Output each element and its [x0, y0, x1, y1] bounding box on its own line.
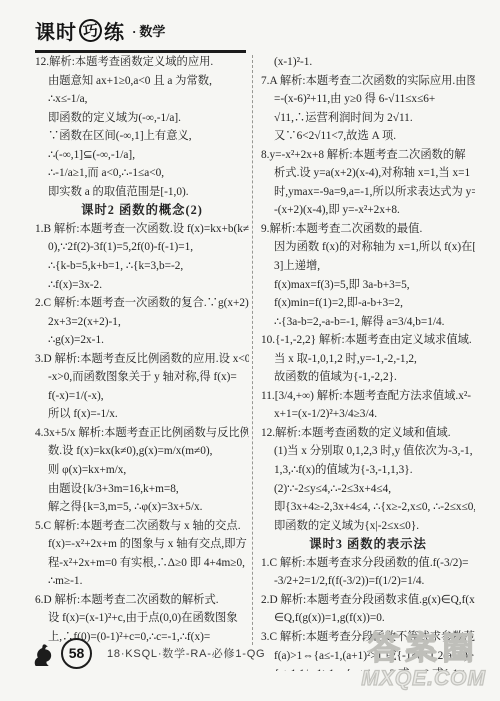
- solution-line: 因为函数 f(x)的对称轴为 x=1,所以 f(x)在[1,: [261, 238, 475, 257]
- solution-line: 6.D 解析:本题考查二次函数的解析式.: [35, 591, 249, 610]
- solution-line: 2.D 解析:本题考查分段函数求值.g(x)∈Q,f(x): [261, 591, 475, 610]
- logo-text-keshi: 课时: [35, 16, 77, 45]
- page-number-badge: 58: [61, 638, 92, 669]
- solution-line: 12.解析:本题考查函数定义域的应用.: [35, 53, 249, 72]
- solution-line: 10.{-1,-2,2} 解析:本题考查由定义域求值域.: [261, 331, 475, 350]
- solution-line: f(x)=-x²+2x+m 的图象与 x 轴有交点,即方: [35, 535, 249, 554]
- solution-line: 2.C 解析:本题考查一次函数的复合.∵g(x+2)=: [35, 294, 249, 313]
- logo-text-lian: 练: [104, 16, 125, 45]
- column-divider: [252, 55, 253, 645]
- solution-line: 即函数的定义域为(-∞,-1/a].: [35, 109, 249, 128]
- solution-line: (2)∵-2≤y≤4,∴-2≤3x+4≤4,: [261, 480, 475, 499]
- solution-line: f(x)max=f(3)=5,即 3a-b+3=5,: [261, 276, 475, 295]
- solution-line: (x-1)²-1.: [261, 53, 475, 72]
- lesson-heading: 课时2 函数的概念(2): [35, 201, 249, 220]
- logo-dot: ·: [132, 24, 136, 39]
- header-logo: 课时 巧 练 ·数学: [35, 16, 246, 53]
- solution-line: 0),∵2f(2)-3f(1)=5,2f(0)-f(-1)=1,: [35, 238, 249, 257]
- solution-line: √11,∴运营利润时间为 2√11.: [261, 109, 475, 128]
- solution-line: 设 f(x)=(x-1)²+c,由于点(0,0)在函数图象: [35, 609, 249, 628]
- solution-line: 7.A 解析:本题考查二次函数的实际应用.由图得 y: [261, 72, 475, 91]
- solution-line: ∴-1/a≥1,而 a<0,∴-1≤a<0,: [35, 164, 249, 183]
- solution-line: ∈Q,f(g(x))=1,g(f(x))=0.: [261, 609, 475, 628]
- solution-line: 所以 f(x)=-1/x.: [35, 405, 249, 424]
- solution-line: 又∵6<2√11<7,故选 A 项.: [261, 127, 475, 146]
- solution-line: 故函数的值域为{-1,-2,2}.: [261, 368, 475, 387]
- page-footer: 58 18·KSQL·数学-RA-必修1-QG: [33, 636, 265, 670]
- solution-line: f(x)min=f(1)=2,即-a-b+3=2,: [261, 294, 475, 313]
- solution-line: 程-x²+2x+m=0 有实根,∴Δ≥0 即 4+4m≥0,: [35, 554, 249, 573]
- solution-line: 12.解析:本题考查函数的定义域和值域.: [261, 424, 475, 443]
- solution-line: 析式.设 y=a(x+2)(x-4),对称轴 x=1,当 x=1: [261, 164, 475, 183]
- solution-line: 时,ymax=-9a=9,a=-1,所以所求表达式为 y=: [261, 183, 475, 202]
- solution-line: 1,3,∴f(x)的值域为{-3,-1,1,3}.: [261, 461, 475, 480]
- solution-line: 则 φ(x)=kx+m/x,: [35, 461, 249, 480]
- solution-line: 2x+3=2(x+2)-1,: [35, 313, 249, 332]
- answer-key-page: 课时 巧 练 ·数学 12.解析:本题考查函数定义域的应用.由题意知 ax+1≥…: [0, 0, 500, 701]
- logo-subject-label: 数学: [139, 24, 165, 39]
- solution-line: 当 x 取-1,0,1,2 时,y=-1,-2,-1,2,: [261, 350, 475, 369]
- solution-line: 即实数 a 的取值范围是[-1,0).: [35, 183, 249, 202]
- solution-line: 1.B 解析:本题考查一次函数.设 f(x)=kx+b(k≠: [35, 220, 249, 239]
- solution-line: ∴g(x)=2x-1.: [35, 331, 249, 350]
- solution-line: -x>0,而函数图象关于 y 轴对称,得 f(x)=: [35, 368, 249, 387]
- logo-subject: ·数学: [132, 21, 165, 40]
- solution-line: ∴(-∞,1]⊆(-∞,-1/a],: [35, 146, 249, 165]
- edition-text: 18·KSQL·数学-RA-必修1-QG: [107, 645, 265, 661]
- solution-line: 4.3x+5/x 解析:本题考查正比例函数与反比例函: [35, 424, 249, 443]
- solution-line: ∴{3a-b=2,-a-b=-1, 解得 a=3/4,b=1/4.: [261, 313, 475, 332]
- solution-line: 即{3x+4≥-2,3x+4≤4, ∴{x≥-2,x≤0, ∴-2≤x≤0,: [261, 498, 475, 517]
- solution-line: ∴m≥-1.: [35, 572, 249, 591]
- solution-line: ∴x≤-1/a,: [35, 90, 249, 109]
- right-column: (x-1)²-1.7.A 解析:本题考查二次函数的实际应用.由图得 y=-(x-…: [261, 53, 475, 671]
- watermark-url: MXQE.COM: [361, 667, 486, 691]
- watermark: 答案圈 MXQE.COM: [361, 630, 486, 691]
- solution-line: 9.解析:本题考查二次函数的最值.: [261, 220, 475, 239]
- solution-line: 即函数的定义域为{x|-2≤x≤0}.: [261, 517, 475, 536]
- solution-line: 由题设{k/3+3m=16,k+m=8,: [35, 480, 249, 499]
- solution-line: =-(x-6)²+11,由 y≥0 得 6-√11≤x≤6+: [261, 90, 475, 109]
- solution-line: 5.C 解析:本题考查二次函数与 x 轴的交点.: [35, 517, 249, 536]
- lesson-heading: 课时3 函数的表示法: [261, 535, 475, 554]
- logo-circle-qiao: 巧: [78, 18, 103, 43]
- page-number: 58: [69, 645, 85, 661]
- solution-line: 数.设 f(x)=kx(k≠0),g(x)=m/x(m≠0),: [35, 442, 249, 461]
- solution-line: 3]上递增,: [261, 257, 475, 276]
- solution-line: ∴{k-b=5,k+b=1, ∴{k=3,b=-2,: [35, 257, 249, 276]
- solution-line: 解之得{k=3,m=5, ∴φ(x)=3x+5/x.: [35, 498, 249, 517]
- solution-line: ∴f(x)=3x-2.: [35, 276, 249, 295]
- solution-line: -(x+2)(x-4),即 y=-x²+2x+8.: [261, 201, 475, 220]
- solution-line: 8.y=-x²+2x+8 解析:本题考查二次函数的解: [261, 146, 475, 165]
- watermark-brand: 答案圈: [361, 630, 486, 667]
- solution-line: ∵函数在区间(-∞,1]上有意义,: [35, 127, 249, 146]
- rooster-icon: [33, 643, 54, 667]
- left-column: 12.解析:本题考查函数定义域的应用.由题意知 ax+1≥0,a<0 且 a 为…: [35, 53, 249, 645]
- solution-line: 1.C 解析:本题考查求分段函数的值.f(-3/2)=: [261, 554, 475, 573]
- solution-line: (1)当 x 分别取 0,1,2,3 时,y 值依次为-3,-1,: [261, 442, 475, 461]
- solution-line: f(-x)=1/(-x),: [35, 387, 249, 406]
- solution-line: 3.D 解析:本题考查反比例函数的应用.设 x<0,则: [35, 350, 249, 369]
- solution-line: 由题意知 ax+1≥0,a<0 且 a 为常数,: [35, 72, 249, 91]
- solution-line: x+1=(x-1/2)²+3/4≥3/4.: [261, 405, 475, 424]
- solution-line: -3/2+2=1/2,f(f(-3/2))=f(1/2)=1/4.: [261, 572, 475, 591]
- solution-line: 11.[3/4,+∞) 解析:本题考查配方法求值域.x²-: [261, 387, 475, 406]
